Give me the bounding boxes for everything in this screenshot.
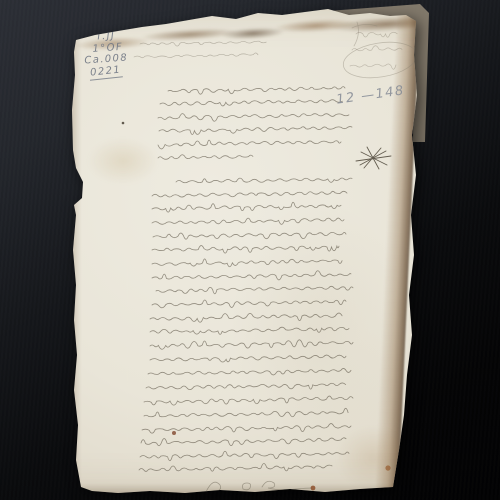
handwritten-line [141,438,346,446]
handwritten-line [168,87,345,95]
handwritten-line [152,246,339,254]
archival-code: T.JJ 1°OF Ca.008 0221 [82,30,129,80]
handwriting-layer [0,0,500,500]
paper-surface: T.JJ 1°OF Ca.008 0221 12 —148 [0,0,500,500]
handwritten-line [158,140,341,149]
circled-signature [341,22,419,83]
handwritten-line [134,53,258,58]
handwritten-line [139,464,332,472]
handwritten-line [153,232,346,239]
handwritten-line [150,340,353,349]
handwritten-line [146,383,346,390]
handwritten-line [152,300,346,308]
handwritten-line [152,191,347,197]
handwritten-line [152,218,344,224]
paper-sheet: T.JJ 1°OF Ca.008 0221 12 —148 [0,0,500,500]
handwritten-line [150,327,349,334]
asterisk-mark [356,147,391,169]
handwritten-line [176,178,352,183]
handwritten-line [140,41,266,46]
rubric-flourish [206,481,312,492]
handwritten-line [148,368,351,375]
handwritten-line [152,202,341,212]
handwritten-line [158,114,349,122]
handwritten-line [150,313,342,322]
handwritten-line [356,32,397,37]
handwritten-line [144,408,348,416]
handwritten-line [158,155,253,160]
handwritten-line [150,355,346,362]
handwritten-line [350,64,396,69]
handwritten-line [156,286,353,294]
photo-of-manuscript: T.JJ 1°OF Ca.008 0221 12 —148 [0,0,500,500]
handwritten-line [144,396,353,405]
handwritten-line [152,271,351,280]
foxing-spots [122,122,391,491]
handwritten-line [152,259,342,267]
handwritten-line [159,127,352,135]
handwritten-line [160,100,342,106]
handwritten-line [140,451,349,460]
